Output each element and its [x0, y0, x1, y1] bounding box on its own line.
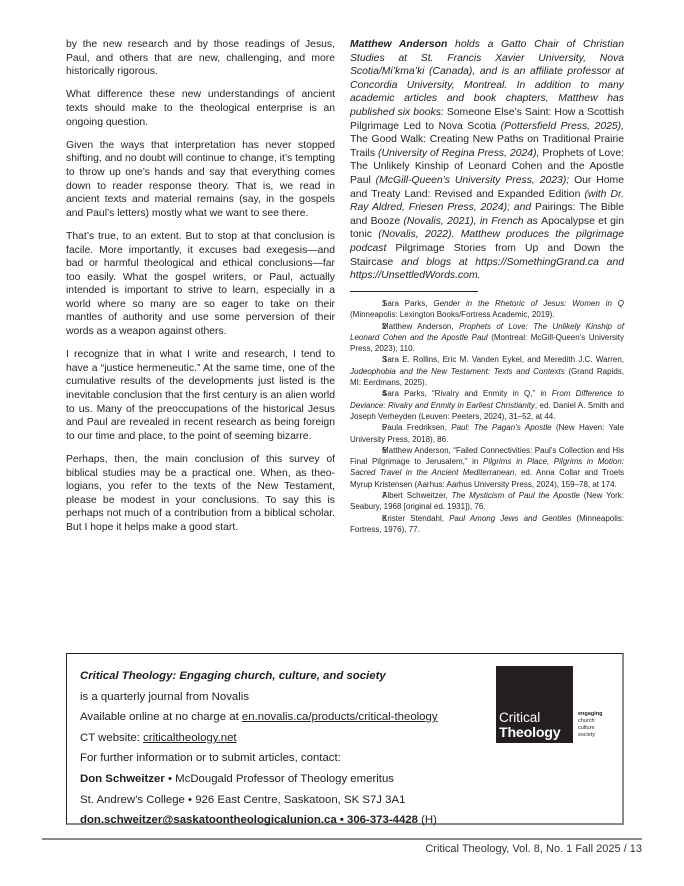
contact-name-line: Don Schweitzer • McDougald Professor of … — [80, 769, 438, 790]
journal-description: is a quarterly journal from Novalis — [80, 687, 438, 708]
author-bio-column: Matthew Anderson holds a Gatto Chair of … — [350, 38, 624, 283]
footnote: 3Sara E. Rollins, Eric M. Vanden Eykel, … — [350, 354, 624, 388]
footnote: 6Matthew Anderson, “Failed Connectivitie… — [350, 445, 624, 490]
footer-divider — [42, 838, 642, 840]
critical-theology-logo: Critical Theology — [496, 666, 573, 743]
paragraph: Perhaps, then, the main conclusion of th… — [66, 453, 335, 535]
ct-website-link[interactable]: criticaltheology.net — [143, 732, 237, 744]
paragraph: by the new research and by those reading… — [66, 38, 335, 79]
paragraph: What difference these new understandings… — [66, 88, 335, 129]
novalis-link[interactable]: en.novalis.ca/products/critical-theology — [242, 711, 438, 723]
page-footer: Critical Theology, Vol. 8, No. 1 Fall 20… — [425, 843, 642, 855]
contact-name: Don Schweitzer — [80, 773, 165, 785]
contact-email[interactable]: don.schweitzer@saskatoontheologicalunion… — [80, 814, 337, 826]
journal-info-text: Critical Theology: Engaging church, cult… — [80, 666, 438, 831]
footnote: 2Matthew Anderson, Prophets of Love: The… — [350, 321, 624, 355]
contact-address: St. Andrew’s College • 926 East Centre, … — [80, 790, 438, 811]
logo-tagline: engaging church culture society — [578, 711, 602, 739]
author-bio: Matthew Anderson holds a Gatto Chair of … — [350, 38, 624, 283]
footnote: 5Paula Fredriksen, Paul: The Pagan’s Apo… — [350, 422, 624, 445]
journal-info-box: Critical Theology: Engaging church, cult… — [66, 653, 624, 825]
footnotes: 1Sara Parks, Gender in the Rhetoric of J… — [350, 298, 624, 535]
paragraph: Given the ways that interpretation has n… — [66, 139, 335, 221]
footnote: 1Sara Parks, Gender in the Rhetoric of J… — [350, 298, 624, 321]
footnote: 4Sara Parks, “Rivalry and Enmity in Q,” … — [350, 388, 624, 422]
paragraph: I recognize that in what I write and res… — [66, 348, 335, 443]
footnote: 8Krister Stendahl, Paul Among Jews and G… — [350, 513, 624, 536]
availability-line: Available online at no charge at en.nova… — [80, 707, 438, 728]
paragraph: That’s true, to an extent. But to stop a… — [66, 230, 335, 339]
article-body-column: by the new research and by those reading… — [66, 38, 335, 544]
contact-details: don.schweitzer@saskatoontheologicalunion… — [80, 810, 438, 831]
website-line: CT website: criticaltheology.net — [80, 728, 438, 749]
contact-phone: 306-373-4428 — [347, 814, 418, 826]
author-name: Matthew Anderson — [350, 39, 447, 50]
footnote: 7Albert Schweitzer, The Mysticism of Pau… — [350, 490, 624, 513]
footnote-divider — [350, 291, 478, 292]
contact-intro: For further information or to submit art… — [80, 748, 438, 769]
journal-title: Critical Theology: Engaging church, cult… — [80, 666, 438, 687]
